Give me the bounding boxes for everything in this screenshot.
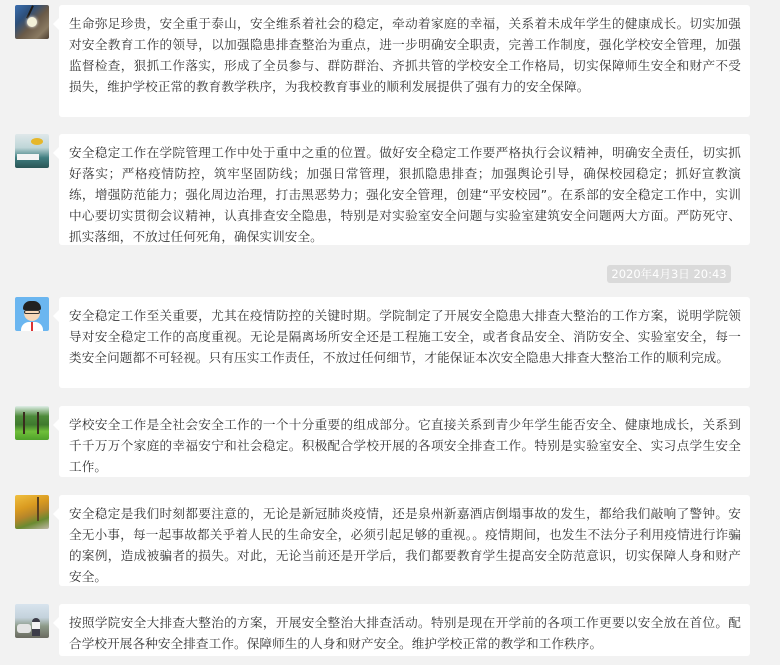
avatar-hair-graphic	[23, 301, 41, 310]
message-item: 安全稳定是我们时刻都要注意的，无论是新冠肺炎疫情，还是泉州新嘉酒店倒塌事故的发生…	[15, 495, 750, 586]
timestamp-row: 2020年4月3日 20:43	[0, 265, 780, 283]
message-item: 生命弥足珍贵，安全重于泰山，安全维系着社会的稳定，牵动着家庭的幸福，关系着未成年…	[15, 5, 750, 117]
avatar-tie-graphic	[31, 322, 33, 331]
avatar-tree-graphic	[37, 412, 39, 434]
avatar-shirt-graphic	[32, 622, 40, 629]
message-text: 安全稳定是我们时刻都要注意的，无论是新冠肺炎疫情，还是泉州新嘉酒店倒塌事故的发生…	[69, 506, 741, 584]
message-bubble: 安全稳定工作至关重要，尤其在疫情防控的关键时期。学院制定了开展安全隐患大排查大整…	[59, 297, 750, 388]
avatar[interactable]	[15, 495, 49, 529]
avatar[interactable]	[15, 134, 49, 168]
avatar-flower-graphic	[31, 138, 43, 145]
message-text: 安全稳定工作在学院管理工作中处于重中之重的位置。做好安全稳定工作要严格执行会议精…	[69, 145, 741, 244]
message-bubble: 生命弥足珍贵，安全重于泰山，安全维系着社会的稳定，牵动着家庭的幸福，关系着未成年…	[59, 5, 750, 117]
message-text: 按照学院安全大排查大整治的方案，开展安全整治大排查活动。特别是现在开学前的各项工…	[69, 615, 741, 651]
message-item: 按照学院安全大排查大整治的方案，开展安全整治大排查活动。特别是现在开学前的各项工…	[15, 604, 750, 656]
avatar[interactable]	[15, 297, 49, 331]
message-bubble: 安全稳定是我们时刻都要注意的，无论是新冠肺炎疫情，还是泉州新嘉酒店倒塌事故的发生…	[59, 495, 750, 586]
avatar[interactable]	[15, 5, 49, 39]
avatar-car-graphic	[17, 624, 31, 633]
timestamp-badge: 2020年4月3日 20:43	[607, 265, 731, 283]
message-item: 学校安全工作是全社会安全工作的一个十分重要的组成部分。它直接关系到青少年学生能否…	[15, 406, 750, 477]
chat-message-list[interactable]: 生命弥足珍贵，安全重于泰山，安全维系着社会的稳定，牵动着家庭的幸福，关系着未成年…	[0, 0, 780, 665]
message-bubble: 按照学院安全大排查大整治的方案，开展安全整治大排查活动。特别是现在开学前的各项工…	[59, 604, 750, 656]
avatar-vase-graphic	[17, 154, 39, 160]
message-item: 安全稳定工作在学院管理工作中处于重中之重的位置。做好安全稳定工作要严格执行会议精…	[15, 134, 750, 245]
message-text: 安全稳定工作至关重要，尤其在疫情防控的关键时期。学院制定了开展安全隐患大排查大整…	[69, 308, 741, 365]
message-bubble: 安全稳定工作在学院管理工作中处于重中之重的位置。做好安全稳定工作要严格执行会议精…	[59, 134, 750, 245]
avatar[interactable]	[15, 604, 49, 638]
avatar-tree-graphic	[37, 497, 39, 521]
message-text: 学校安全工作是全社会安全工作的一个十分重要的组成部分。它直接关系到青少年学生能否…	[69, 417, 741, 474]
avatar-blossom-graphic	[27, 17, 37, 27]
message-item: 安全稳定工作至关重要，尤其在疫情防控的关键时期。学院制定了开展安全隐患大排查大整…	[15, 297, 750, 388]
avatar[interactable]	[15, 406, 49, 440]
avatar-glasses-graphic	[24, 310, 40, 314]
message-bubble: 学校安全工作是全社会安全工作的一个十分重要的组成部分。它直接关系到青少年学生能否…	[59, 406, 750, 477]
message-text: 生命弥足珍贵，安全重于泰山，安全维系着社会的稳定，牵动着家庭的幸福，关系着未成年…	[69, 16, 741, 94]
avatar-tree-graphic	[23, 412, 25, 434]
